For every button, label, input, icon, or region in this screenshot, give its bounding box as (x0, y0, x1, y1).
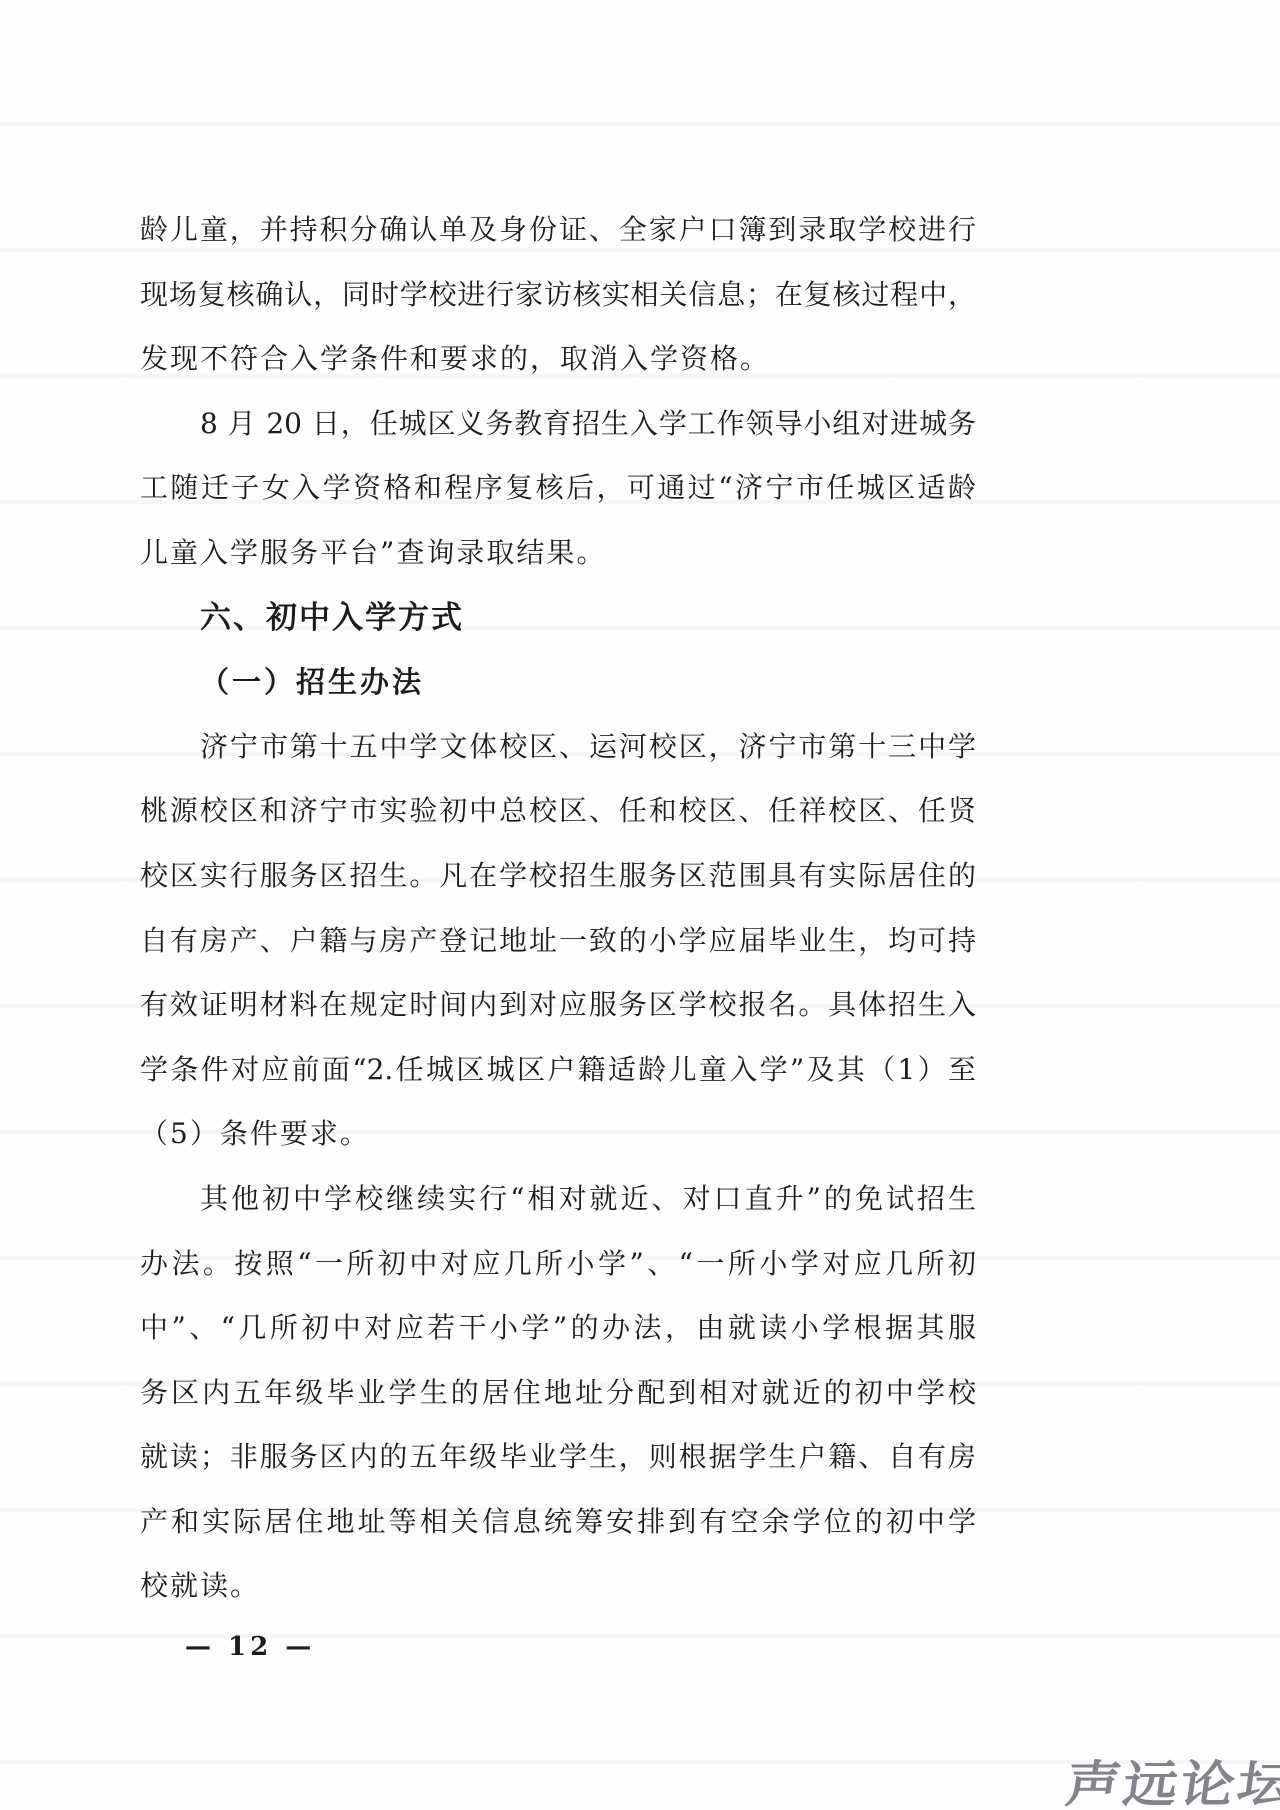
subsection-heading: （一）招生办法 (140, 650, 976, 715)
text-line: 工随迁子女入学资格和程序复核后，可通过“济宁市任城区适龄 (140, 456, 976, 521)
text-line: 济宁市第十五中学文体校区、运河校区，济宁市第十三中学 (140, 715, 976, 780)
text-line: 儿童入学服务平台”查询录取结果。 (140, 521, 976, 586)
text-line: 桃源校区和济宁市实验初中总校区、任和校区、任祥校区、任贤 (140, 779, 976, 844)
text-line: 自有房产、户籍与房产登记地址一致的小学应届毕业生，均可持 (140, 909, 976, 974)
text-line: 中”、“几所初中对应若干小学”的办法，由就读小学根据其服 (140, 1296, 976, 1361)
text-line: 就读；非服务区内的五年级毕业学生，则根据学生户籍、自有房 (140, 1425, 976, 1490)
page-number: — 12 — (185, 1632, 315, 1662)
watermark-logo: 声远论坛 (1062, 1745, 1280, 1810)
section-heading: 六、初中入学方式 (140, 586, 976, 651)
text-line: 有效证明材料在规定时间内到对应服务区学校报名。具体招生入 (140, 973, 976, 1038)
document-page: { "footer": { "page_number": "— 12 —" },… (0, 0, 1280, 1810)
text-line: （5）条件要求。 (140, 1102, 976, 1167)
text-line: 8 月 20 日，任城区义务教育招生入学工作领导小组对进城务 (140, 392, 976, 457)
text-line: 现场复核确认，同时学校进行家访核实相关信息；在复核过程中， (140, 263, 976, 328)
text-line: 务区内五年级毕业学生的居住地址分配到相对就近的初中学校 (140, 1361, 976, 1426)
document-body-text: 龄儿童，并持积分确认单及身份证、全家户口簿到录取学校进行 现场复核确认，同时学校… (140, 198, 976, 1619)
text-line: 学条件对应前面“2.任城区城区户籍适龄儿童入学”及其（1）至 (140, 1038, 976, 1103)
text-line: 校区实行服务区招生。凡在学校招生服务区范围具有实际居住的 (140, 844, 976, 909)
text-line: 产和实际居住地址等相关信息统筹安排到有空余学位的初中学 (140, 1490, 976, 1555)
text-line: 校就读。 (140, 1554, 976, 1619)
text-line: 发现不符合入学条件和要求的，取消入学资格。 (140, 327, 976, 392)
text-line: 其他初中学校继续实行“相对就近、对口直升”的免试招生 (140, 1167, 976, 1232)
text-line: 办法。按照“一所初中对应几所小学”、“一所小学对应几所初 (140, 1232, 976, 1297)
text-line: 龄儿童，并持积分确认单及身份证、全家户口簿到录取学校进行 (140, 198, 976, 263)
